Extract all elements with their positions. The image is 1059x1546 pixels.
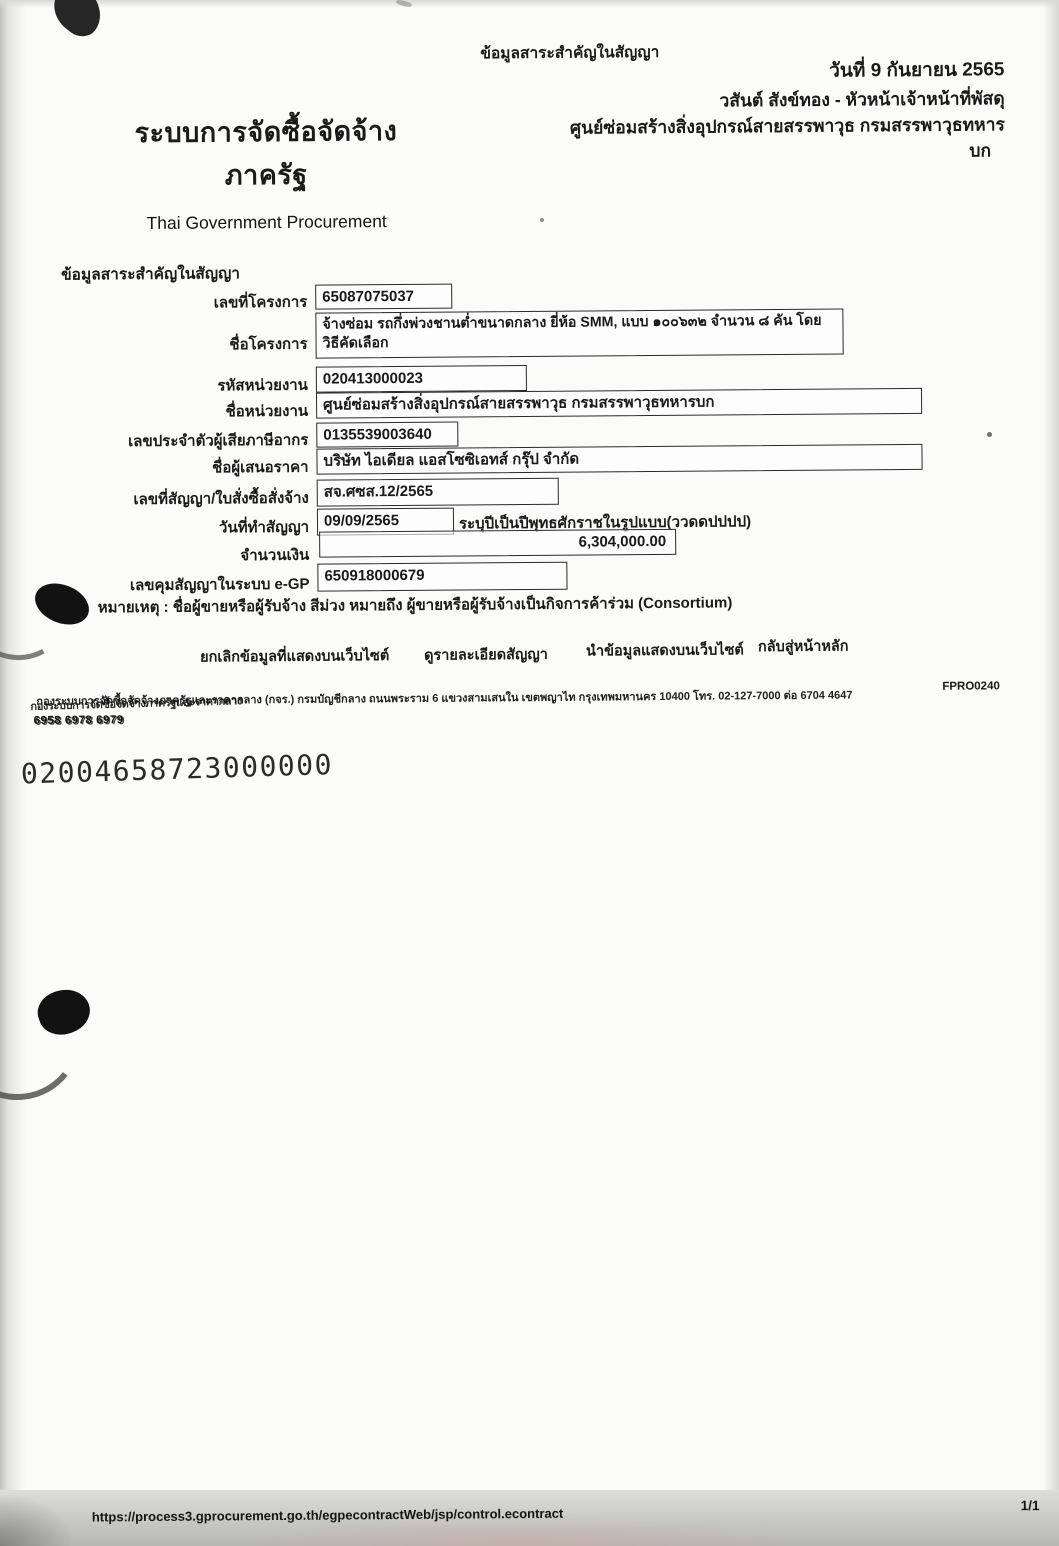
dept-name-field[interactable]: ศูนย์ซ่อมสร้างสิ่งอุปกรณ์สายสรรพาวุธ กรม… [316,388,922,419]
bidder-name-label: ชื่อผู้เสนอราคา [0,455,309,481]
contract-date-label: วันที่ทำสัญญา [0,515,309,541]
dept-name-label: ชื่อหน่วยงาน [0,399,308,425]
egp-logo-thai-text: ระบบการจัดซื้อจัดจ้างภาครัฐ [120,109,413,197]
header-right-block: วันที่ 9 กันยายน 2565 วสันต์ สังข์ทอง - … [569,56,1005,167]
scanned-document-page: ข้อมูลสาระสำคัญในสัญญา วันที่ 9 กันยายน … [0,0,1059,1546]
footer-form-code: FPRO0240 [942,680,1000,692]
tax-id-field[interactable]: 0135539003640 [316,422,458,448]
project-name-field[interactable]: จ้างซ่อม รถกึ่งพ่วงชานต่ำขนาดกลาง ยี่ห้อ… [315,309,843,359]
consortium-note: หมายเหตุ : ชื่อผู้ขายหรือผู้รับจ้าง สีม่… [98,590,733,619]
document-date: วันที่ 9 กันยายน 2565 [569,56,1004,88]
dept-code-field[interactable]: 020413000023 [316,365,527,393]
section-title: ข้อมูลสาระสำคัญในสัญญา [61,260,240,286]
project-no-field[interactable]: 65087075037 [315,284,452,310]
project-no-label: เลขที่โครงการ [0,290,307,316]
page-number: 1/1 [1021,1498,1040,1513]
print-footer-url: https://process3.gprocurement.go.th/egpe… [92,1506,564,1525]
view-contract-detail-link[interactable]: ดูรายละเอียดสัญญา [424,643,548,667]
publish-website-data-link[interactable]: นำข้อมูลแสดงบนเว็บไซต์ [586,638,744,662]
egp-logo: ระบบการจัดซื้อจัดจ้างภาครัฐ Thai Governm… [120,109,413,234]
handwritten-reference-number: 02004658723000000 [21,748,334,791]
contract-no-field[interactable]: สจ.ศซส.12/2565 [317,478,559,507]
bidder-name-field[interactable]: บริษัท ไอเดียล แอสโซซิเอทส์ กรุ๊ป จำกัด [316,444,922,475]
cancel-website-data-link[interactable]: ยกเลิกข้อมูลที่แสดงบนเว็บไซต์ [200,644,389,668]
project-name-label: ชื่อโครงการ [0,332,308,358]
document-content: ข้อมูลสาระสำคัญในสัญญา วันที่ 9 กันยายน … [0,0,1059,1546]
egp-logo-english-text: Thai Government Procurement [121,211,413,234]
organization-line1: ศูนย์ซ่อมสร้างสิ่งอุปกรณ์สายสรรพาวุธ กรม… [570,111,1005,141]
egp-no-field[interactable]: 650918000679 [317,562,567,592]
officer-name: วสันต์ สังข์ทอง - หัวหน้าเจ้าหน้าที่พัสด… [570,85,1005,115]
footer-phone-extensions: 6958 6978 6979 [33,714,123,727]
organization-line2: บก [570,137,991,167]
tax-id-label: เลขประจำตัวผู้เสียภาษีอากร [0,428,308,454]
back-to-home-link[interactable]: กลับสู่หน้าหลัก [758,634,849,658]
contract-no-label: เลขที่สัญญา/ใบสั่งซื้อสั่งจ้าง [0,486,309,512]
amount-field[interactable]: 6,304,000.00 [319,529,676,558]
dept-code-label: รหัสหน่วยงาน [0,373,308,399]
amount-label: จำนวนเงิน [0,543,309,569]
